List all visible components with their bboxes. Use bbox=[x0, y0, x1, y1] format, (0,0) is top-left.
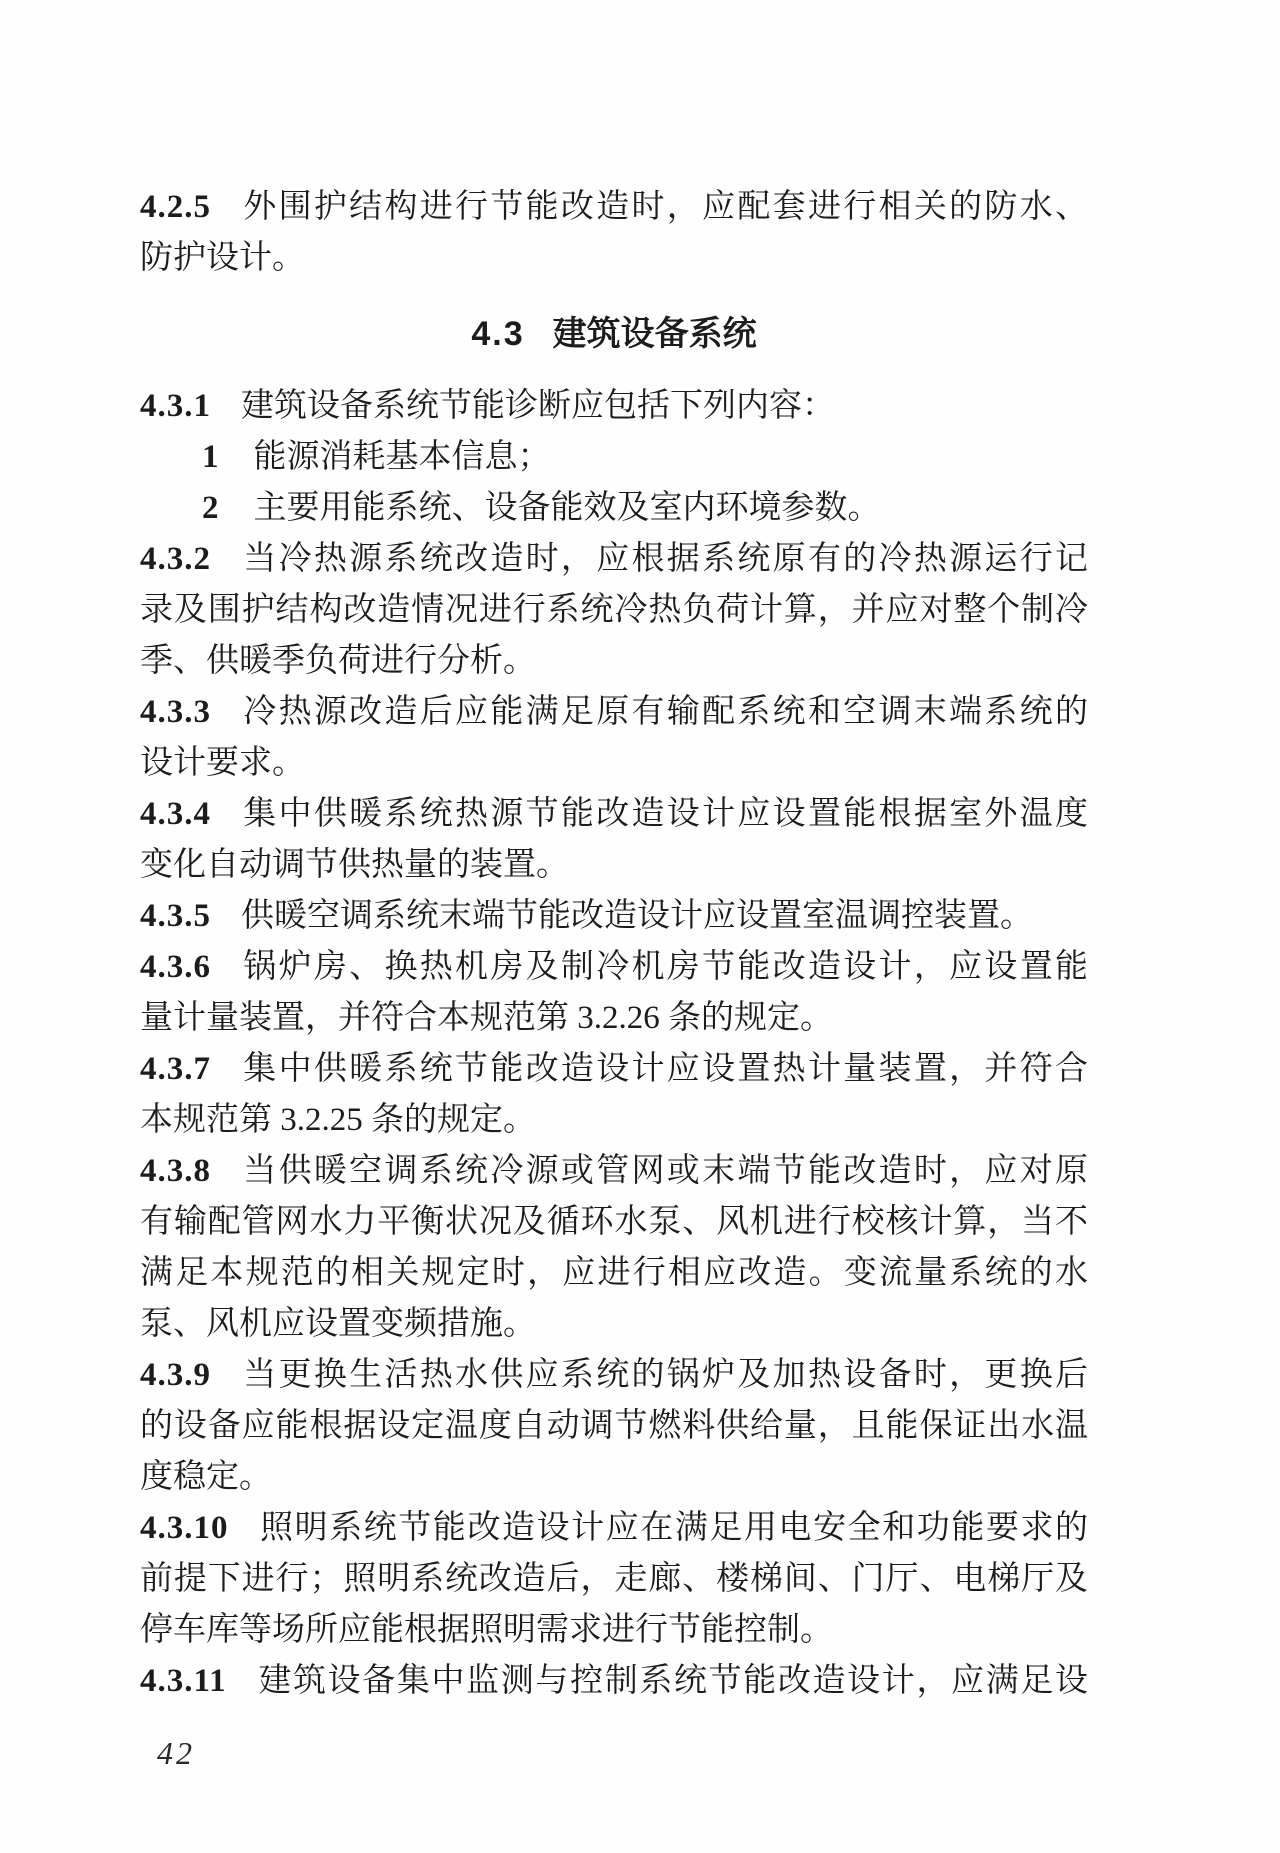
clause-number: 4.3.2 bbox=[140, 541, 211, 577]
clause-line: 4.3.6锅炉房、换热机房及制冷机房节能改造设计，应设置能 bbox=[140, 942, 1088, 993]
clause-number: 4.3.3 bbox=[140, 694, 211, 730]
clause-number: 4.3.7 bbox=[140, 1051, 211, 1087]
line-text: 建筑设备集中监测与控制系统节能改造设计，应满足设 bbox=[257, 1663, 1088, 1699]
text-block: 4.2.5外围护结构进行节能改造时，应配套进行相关的防水、防护设计。4.3建筑设… bbox=[140, 182, 1088, 1707]
page-number: 42 bbox=[157, 1735, 195, 1772]
item-number: 2 bbox=[202, 490, 220, 526]
clause-number: 4.3.11 bbox=[140, 1663, 227, 1699]
continuation-line: 本规范第 3.2.25 条的规定。 bbox=[140, 1095, 1088, 1146]
continuation-line: 有输配管网水力平衡状况及循环水泵、风机进行校核计算，当不 bbox=[140, 1197, 1088, 1248]
line-text: 能源消耗基本信息； bbox=[254, 439, 551, 475]
line-text: 度稳定。 bbox=[140, 1459, 272, 1495]
clause-line: 4.3.10照明系统节能改造设计应在满足用电安全和功能要求的 bbox=[140, 1503, 1088, 1554]
line-text: 防护设计。 bbox=[140, 240, 305, 276]
line-text: 主要用能系统、设备能效及室内环境参数。 bbox=[254, 490, 881, 526]
line-text: 锅炉房、换热机房及制冷机房节能改造设计，应设置能 bbox=[241, 949, 1088, 985]
line-text: 泵、风机应设置变频措施。 bbox=[140, 1306, 536, 1342]
line-text: 录及围护结构改造情况进行系统冷热负荷计算，并应对整个制冷 bbox=[140, 592, 1088, 628]
continuation-line: 满足本规范的相关规定时，应进行相应改造。变流量系统的水 bbox=[140, 1248, 1088, 1299]
line-text: 建筑设备系统节能诊断应包括下列内容： bbox=[241, 388, 835, 424]
clause-number: 4.3.4 bbox=[140, 796, 211, 832]
continuation-line: 前提下进行；照明系统改造后，走廊、楼梯间、门厅、电梯厅及 bbox=[140, 1554, 1088, 1605]
line-text: 停车库等场所应能根据照明需求进行节能控制。 bbox=[140, 1612, 833, 1648]
clause-number: 4.3.8 bbox=[140, 1153, 211, 1189]
item-number: 1 bbox=[202, 439, 220, 475]
clause-line: 4.3.11建筑设备集中监测与控制系统节能改造设计，应满足设 bbox=[140, 1656, 1088, 1707]
line-text: 当供暖空调系统冷源或管网或末端节能改造时，应对原 bbox=[241, 1153, 1088, 1189]
continuation-line: 的设备应能根据设定温度自动调节燃料供给量，且能保证出水温 bbox=[140, 1401, 1088, 1452]
line-text: 量计量装置，并符合本规范第 3.2.26 条的规定。 bbox=[140, 1000, 833, 1036]
line-text: 的设备应能根据设定温度自动调节燃料供给量，且能保证出水温 bbox=[140, 1408, 1088, 1444]
clause-number: 4.3.5 bbox=[140, 898, 211, 934]
line-text: 当冷热源系统改造时，应根据系统原有的冷热源运行记 bbox=[241, 541, 1088, 577]
clause-line: 4.3.8当供暖空调系统冷源或管网或末端节能改造时，应对原 bbox=[140, 1146, 1088, 1197]
clause-number: 4.3.9 bbox=[140, 1357, 211, 1393]
clause-number: 4.3.1 bbox=[140, 388, 211, 424]
line-text: 供暖空调系统末端节能改造设计应设置室温调控装置。 bbox=[241, 898, 1033, 934]
line-text: 变化自动调节供热量的装置。 bbox=[140, 847, 569, 883]
document-page: 4.2.5外围护结构进行节能改造时，应配套进行相关的防水、防护设计。4.3建筑设… bbox=[0, 0, 1280, 1853]
list-item-line: 2主要用能系统、设备能效及室内环境参数。 bbox=[140, 483, 1088, 534]
line-text: 设计要求。 bbox=[140, 745, 305, 781]
clause-number: 4.3.10 bbox=[140, 1510, 229, 1546]
continuation-line: 设计要求。 bbox=[140, 738, 1088, 789]
clause-line: 4.3.1建筑设备系统节能诊断应包括下列内容： bbox=[140, 381, 1088, 432]
continuation-line: 泵、风机应设置变频措施。 bbox=[140, 1299, 1088, 1350]
clause-line: 4.3.3冷热源改造后应能满足原有输配系统和空调末端系统的 bbox=[140, 687, 1088, 738]
clause-line: 4.3.2当冷热源系统改造时，应根据系统原有的冷热源运行记 bbox=[140, 534, 1088, 585]
clause-number: 4.2.5 bbox=[140, 189, 211, 225]
continuation-line: 防护设计。 bbox=[140, 233, 1088, 284]
section-heading: 4.3建筑设备系统 bbox=[140, 309, 1088, 360]
list-item-line: 1能源消耗基本信息； bbox=[140, 432, 1088, 483]
section-heading-number: 4.3 bbox=[471, 315, 524, 353]
line-text: 照明系统节能改造设计应在满足用电安全和功能要求的 bbox=[259, 1510, 1089, 1546]
continuation-line: 变化自动调节供热量的装置。 bbox=[140, 840, 1088, 891]
line-text: 冷热源改造后应能满足原有输配系统和空调末端系统的 bbox=[241, 694, 1088, 730]
continuation-line: 季、供暖季负荷进行分析。 bbox=[140, 636, 1088, 687]
continuation-line: 度稳定。 bbox=[140, 1452, 1088, 1503]
clause-number: 4.3.6 bbox=[140, 949, 211, 985]
line-text: 季、供暖季负荷进行分析。 bbox=[140, 643, 536, 679]
line-text: 外围护结构进行节能改造时，应配套进行相关的防水、 bbox=[241, 189, 1088, 225]
line-text: 集中供暖系统热源节能改造设计应设置能根据室外温度 bbox=[241, 796, 1088, 832]
continuation-line: 停车库等场所应能根据照明需求进行节能控制。 bbox=[140, 1605, 1088, 1656]
line-text: 有输配管网水力平衡状况及循环水泵、风机进行校核计算，当不 bbox=[140, 1204, 1088, 1240]
line-text: 前提下进行；照明系统改造后，走廊、楼梯间、门厅、电梯厅及 bbox=[140, 1561, 1088, 1597]
clause-line: 4.3.5供暖空调系统末端节能改造设计应设置室温调控装置。 bbox=[140, 891, 1088, 942]
clause-line: 4.3.7集中供暖系统节能改造设计应设置热计量装置，并符合 bbox=[140, 1044, 1088, 1095]
continuation-line: 录及围护结构改造情况进行系统冷热负荷计算，并应对整个制冷 bbox=[140, 585, 1088, 636]
clause-line: 4.3.4集中供暖系统热源节能改造设计应设置能根据室外温度 bbox=[140, 789, 1088, 840]
continuation-line: 量计量装置，并符合本规范第 3.2.26 条的规定。 bbox=[140, 993, 1088, 1044]
clause-line: 4.3.9当更换生活热水供应系统的锅炉及加热设备时，更换后 bbox=[140, 1350, 1088, 1401]
clause-line: 4.2.5外围护结构进行节能改造时，应配套进行相关的防水、 bbox=[140, 182, 1088, 233]
line-text: 当更换生活热水供应系统的锅炉及加热设备时，更换后 bbox=[241, 1357, 1088, 1393]
section-heading-title: 建筑设备系统 bbox=[553, 315, 757, 353]
line-text: 集中供暖系统节能改造设计应设置热计量装置，并符合 bbox=[241, 1051, 1088, 1087]
line-text: 满足本规范的相关规定时，应进行相应改造。变流量系统的水 bbox=[140, 1255, 1088, 1291]
line-text: 本规范第 3.2.25 条的规定。 bbox=[140, 1102, 536, 1138]
